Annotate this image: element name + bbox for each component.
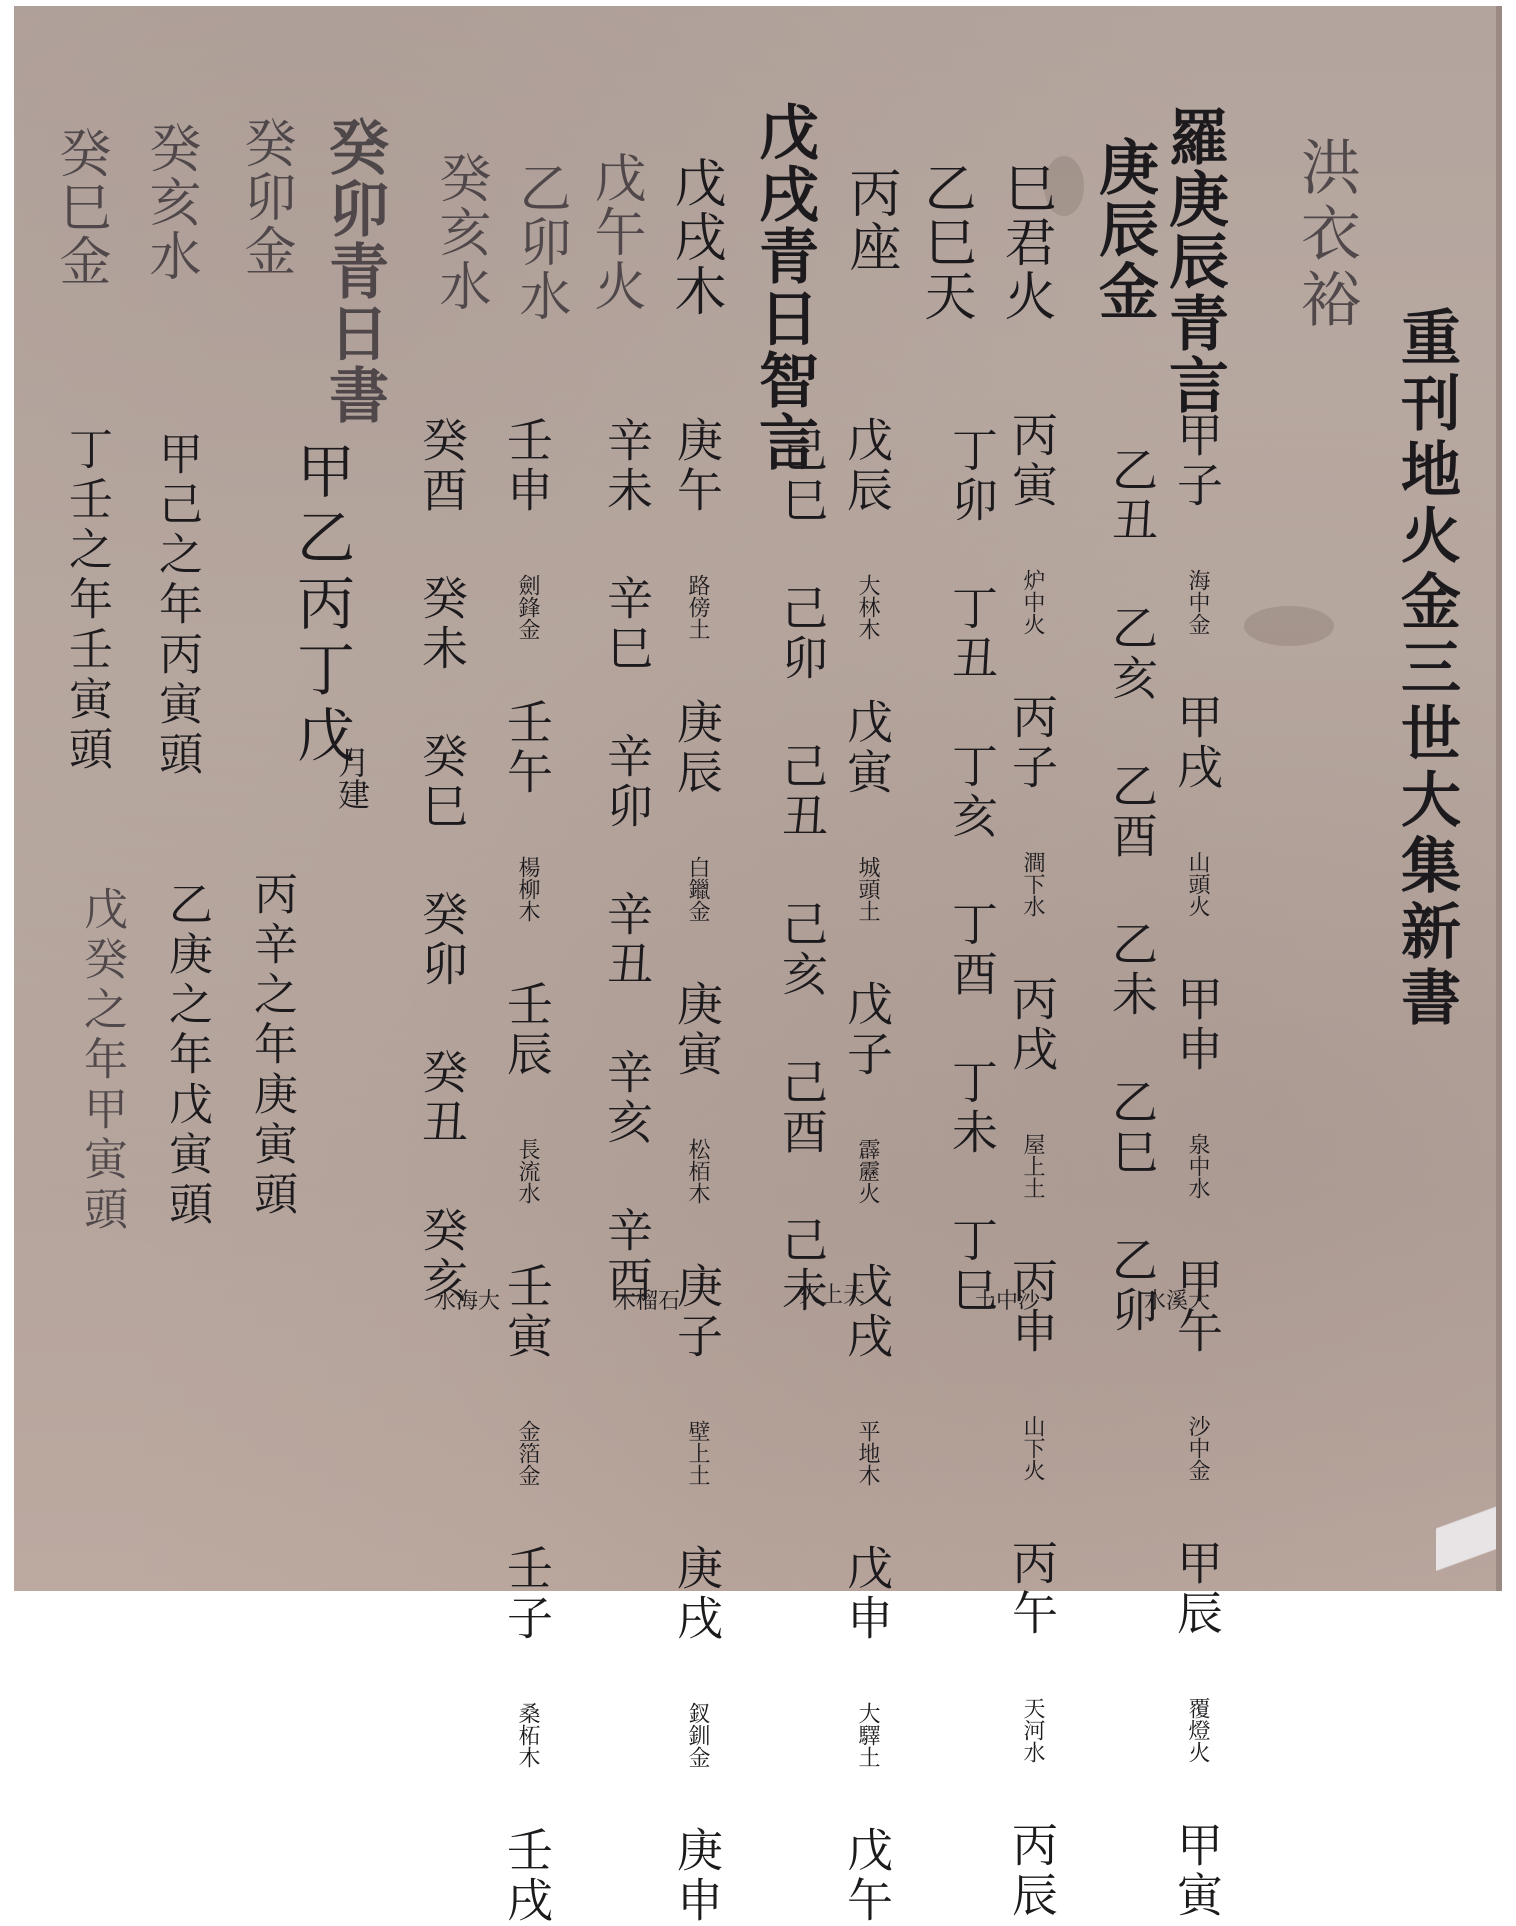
jiazi-column-jia-right: 甲子 海中金 甲戌 山頭火 甲申 泉中水 甲午 沙中金 甲辰 覆燈火 甲寅 (1174, 411, 1220, 1591)
nayin-note: 大林木 (855, 574, 880, 640)
jiazi-cell: 乙亥 (1105, 604, 1159, 704)
bottom-nayin-note: 木榴石 (614, 1284, 680, 1315)
nayin-note: 劍鋒金 (515, 574, 540, 640)
ink-stain (1244, 606, 1334, 646)
nayin-note: 白鑞金 (685, 856, 710, 922)
jiazi-cell: 庚寅 (670, 980, 724, 1080)
nayin-note: 松栢木 (685, 1138, 710, 1204)
jiazi-column-ren-right: 壬申 劍鋒金 壬午 楊柳木 壬辰 長流水 壬寅 金箔金 壬子 桑柘木 壬戌 (504, 416, 550, 1591)
jiazi-cell: 乙酉 (1105, 762, 1159, 862)
jiazi-column-ji-left: 己巳 己卯 己丑 己亥 己酉 己未 (779, 426, 825, 1316)
nayin-note: 泉中水 (1185, 1133, 1210, 1199)
jiazi-cell: 甲申 (1170, 975, 1224, 1075)
jiazi-column-ding-left: 丁卯 丁丑 丁亥 丁酉 丁未 丁巳 (949, 426, 995, 1316)
jiazi-column-xin-left: 辛未 辛巳 辛卯 辛丑 辛亥 辛酉 (604, 416, 650, 1306)
jiazi-cell: 乙丑 (1105, 446, 1159, 546)
jiazi-cell: 辛卯 (600, 732, 654, 832)
jiazi-cell: 戊子 (840, 980, 894, 1080)
nayin-note: 平地木 (855, 1420, 880, 1486)
bottom-nayin-note: 水溪大 (1144, 1284, 1210, 1315)
jiazi-cell: 己巳 (775, 426, 829, 526)
header-line: 乙巳天 (919, 161, 971, 323)
jiazi-cell: 癸巳 (415, 732, 469, 832)
month-rule: 戊癸之年甲寅頭 (69, 886, 133, 1236)
jiazi-cell: 丁卯 (945, 426, 999, 526)
jiazi-cell: 癸未 (415, 574, 469, 674)
jiazi-cell: 庚午 (670, 416, 724, 516)
month-heading: 甲乙丙丁戊 (279, 441, 363, 771)
jiazi-cell: 丙戌 (1005, 975, 1059, 1075)
jiazi-cell: 壬子 (500, 1544, 554, 1591)
nayin-note: 路傍土 (685, 574, 710, 640)
month-rule: 甲己之年丙寅頭 (144, 431, 208, 781)
nayin-note: 長流水 (515, 1138, 540, 1204)
nayin-note: 壁上土 (685, 1420, 710, 1486)
jiazi-cell: 甲戌 (1170, 693, 1224, 793)
torn-corner (1436, 1471, 1496, 1591)
jiazi-column-geng-right: 庚午 路傍土 庚辰 白鑞金 庚寅 松栢木 庚子 壁上土 庚戌 釵釧金 庚申 (674, 416, 720, 1591)
jiazi-cell: 己卯 (775, 584, 829, 684)
month-rule: 乙庚之年戊寅頭 (154, 881, 218, 1231)
jiazi-cell: 戊戌 (840, 1262, 894, 1362)
jiazi-cell: 癸酉 (415, 416, 469, 516)
header-line: 乙卯水 (514, 161, 566, 323)
month-rule: 丁壬之年壬寅頭 (54, 426, 118, 776)
jiazi-cell: 己亥 (775, 900, 829, 1000)
nayin-note: 楊柳木 (515, 856, 540, 922)
jiazi-cell: 庚戌 (670, 1544, 724, 1591)
jiazi-cell: 己丑 (775, 742, 829, 842)
header-line: 癸卯青日書 (324, 116, 384, 426)
nayin-note: 澗下水 (1020, 851, 1045, 917)
jiazi-cell: 癸卯 (415, 890, 469, 990)
header-line: 癸巳金 (54, 126, 106, 288)
month-rule: 丙辛之年庚寅頭 (239, 871, 303, 1221)
jiazi-cell: 辛丑 (600, 890, 654, 990)
jiazi-cell: 庚辰 (670, 698, 724, 798)
jiazi-column-wu-right: 戊辰 大林木 戊寅 城頭土 戊子 霹靂火 戊戌 平地木 戊申 大驛土 戊午 (844, 416, 890, 1591)
nayin-note: 霹靂火 (855, 1138, 880, 1204)
jiazi-cell: 辛巳 (600, 574, 654, 674)
jiazi-cell: 癸丑 (415, 1048, 469, 1148)
bottom-nayin-note: 火上天 (799, 1278, 865, 1309)
jiazi-cell: 戊申 (840, 1544, 894, 1591)
header-line: 癸亥水 (434, 151, 486, 313)
nayin-note: 金箔金 (515, 1420, 540, 1486)
jiazi-cell: 丁亥 (945, 742, 999, 842)
jiazi-cell: 辛亥 (600, 1048, 654, 1148)
jiazi-cell: 甲子 (1170, 411, 1224, 511)
jiazi-cell: 壬申 (500, 416, 554, 516)
jiazi-cell: 丙午 (1005, 1539, 1059, 1591)
jiazi-column-yi-left: 乙丑 乙亥 乙酉 乙未 乙巳 乙卯 (1109, 446, 1155, 1336)
jiazi-cell: 丙寅 (1005, 411, 1059, 511)
bottom-nayin-note: 土中沙 (974, 1284, 1040, 1315)
header-line: 戊戌木 (669, 156, 721, 318)
jiazi-cell: 壬寅 (500, 1262, 554, 1362)
nayin-note: 山下火 (1020, 1415, 1045, 1481)
jiazi-cell: 壬午 (500, 698, 554, 798)
jiazi-cell: 乙未 (1105, 920, 1159, 1020)
nayin-note: 城頭土 (855, 856, 880, 922)
margin-title-col1: 洪衣裕 (1296, 136, 1356, 334)
header-line: 戊午火 (589, 151, 641, 313)
jiazi-cell: 甲辰 (1170, 1539, 1224, 1591)
jiazi-cell: 戊寅 (840, 698, 894, 798)
jiazi-cell: 辛未 (600, 416, 654, 516)
jiazi-column-bing-right: 丙寅 炉中火 丙子 澗下水 丙戌 屋上土 丙申 山下火 丙午 天河水 丙辰 (1009, 411, 1055, 1591)
manuscript-page: 洪衣裕 重刊地火金三世大集新書 羅庚辰青言 庚辰金 巳君火 乙巳天 丙座 戊戌青… (14, 6, 1502, 1591)
jiazi-cell: 丁未 (945, 1058, 999, 1158)
jiazi-cell: 丁酉 (945, 900, 999, 1000)
header-line: 庚辰金 (1094, 136, 1154, 322)
jiazi-cell: 乙巳 (1105, 1078, 1159, 1178)
jiazi-cell: 壬辰 (500, 980, 554, 1080)
nayin-note: 山頭火 (1185, 851, 1210, 917)
nayin-note: 炉中火 (1020, 569, 1045, 635)
jiazi-cell: 戊辰 (840, 416, 894, 516)
jiazi-cell: 丙子 (1005, 693, 1059, 793)
header-line: 癸亥水 (144, 121, 196, 283)
header-line: 丙座 (844, 166, 896, 274)
margin-title-col2: 重刊地火金三世大集新書 (1396, 306, 1456, 1032)
header-line: 羅庚辰青言 (1164, 106, 1224, 416)
header-line: 癸卯金 (239, 116, 291, 278)
nayin-note: 屋上土 (1020, 1133, 1045, 1199)
nayin-note: 沙中金 (1185, 1415, 1210, 1481)
nayin-note: 海中金 (1185, 569, 1210, 635)
bottom-nayin-note: 水海大 (434, 1284, 500, 1315)
month-label: 月建 (329, 746, 375, 810)
header-line: 巳君火 (999, 161, 1051, 323)
jiazi-cell: 丁丑 (945, 584, 999, 684)
jiazi-column-gui-left: 癸酉 癸未 癸巳 癸卯 癸丑 癸亥 (419, 416, 465, 1306)
header-line: 戊戌青日智言 (754, 101, 814, 473)
jiazi-cell: 己酉 (775, 1058, 829, 1158)
